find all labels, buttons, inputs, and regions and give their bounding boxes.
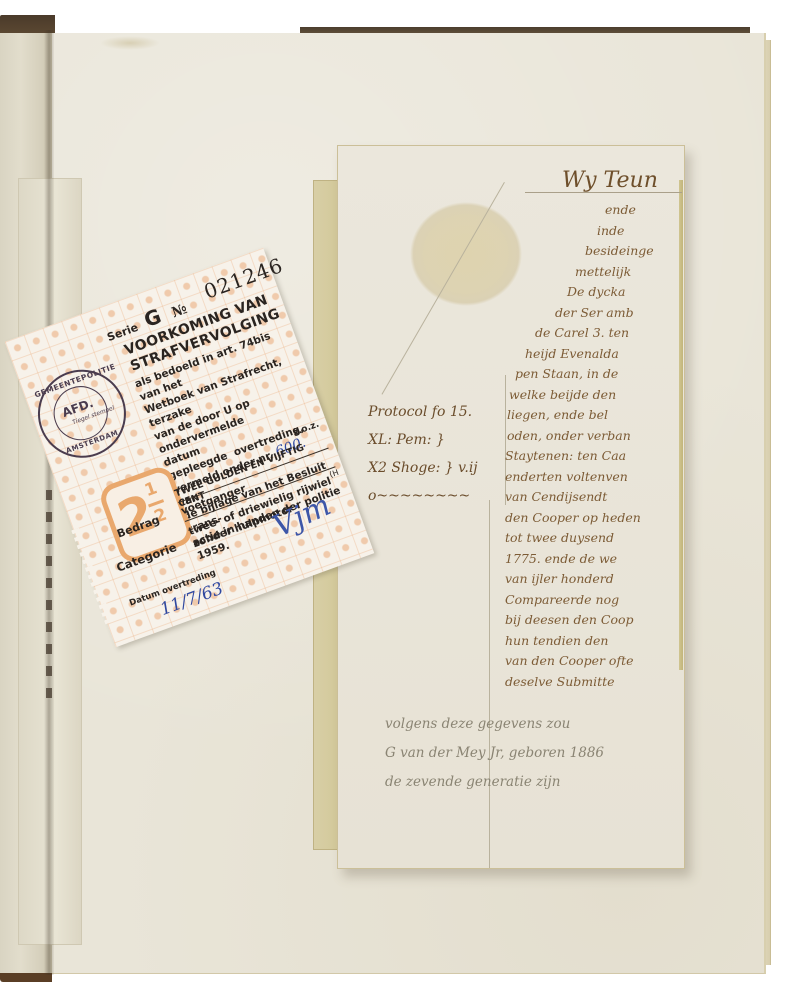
- manuscript-line: bij deesen den Coop: [505, 610, 683, 631]
- manuscript-text-column: ende inde besideinge mettelijk De dycka …: [505, 200, 683, 692]
- manuscript-line: enderten voltenven: [505, 467, 683, 488]
- manuscript-line: den Cooper op heden: [505, 508, 683, 529]
- manuscript-line: van den Cooper ofte: [505, 651, 683, 672]
- pencil-line: G van der Mey Jr, geboren 1886: [385, 739, 604, 768]
- manuscript-line: der Ser amb: [505, 303, 683, 324]
- number-symbol: №: [170, 301, 190, 321]
- manuscript-line: hun tendien den: [505, 631, 683, 652]
- manuscript-line: de Carel 3. ten: [505, 323, 683, 344]
- manuscript-heading: Wy Teun: [562, 168, 658, 193]
- manuscript-line: besideinge: [505, 241, 683, 262]
- manuscript-line: van ijler honderd: [505, 569, 683, 590]
- manuscript-line: inde: [505, 221, 683, 242]
- manuscript-margin-note: Protocol fo 15. XL: Pem: } X2 Shoge: } v…: [368, 398, 478, 510]
- margin-note-line: Protocol fo 15.: [368, 398, 478, 426]
- margin-note-line: o~~~~~~~~: [368, 482, 478, 510]
- pencil-line: volgens deze gegevens zou: [385, 710, 604, 739]
- manuscript-line: oden, onder verban: [505, 426, 683, 447]
- pencil-line: de zevende generatie zijn: [385, 768, 604, 797]
- manuscript-line: van Cendijsendt: [505, 487, 683, 508]
- manuscript-line: heijd Evenalda: [505, 344, 683, 365]
- manuscript-line: tot twee duysend: [505, 528, 683, 549]
- manuscript-line: deselve Submitte: [505, 672, 683, 693]
- manuscript-fold-line: [489, 500, 490, 868]
- stitching-holes: [46, 490, 52, 700]
- serie-value: G: [141, 304, 165, 332]
- manuscript-line: 1775. ende de we: [505, 549, 683, 570]
- margin-note-line: X2 Shoge: } v.ij: [368, 454, 478, 482]
- manuscript-line: Staytenen: ten Caa: [505, 446, 683, 467]
- pencil-annotation: volgens deze gegevens zou G van der Mey …: [385, 710, 604, 797]
- page-stain: [100, 36, 160, 50]
- manuscript-line: liegen, ende bel: [505, 405, 683, 426]
- margin-note-line: XL: Pem: }: [368, 426, 478, 454]
- manuscript-line: welke beijde den: [505, 385, 683, 406]
- manuscript-line: pen Staan, in de: [505, 364, 683, 385]
- manuscript-line: ende: [505, 200, 683, 221]
- manuscript-line: mettelijk: [505, 262, 683, 283]
- open-book: Wy Teun ende inde besideinge mettelijk D…: [0, 0, 800, 1000]
- manuscript-line: De dycka: [505, 282, 683, 303]
- manuscript-line: Compareerde nog: [505, 590, 683, 611]
